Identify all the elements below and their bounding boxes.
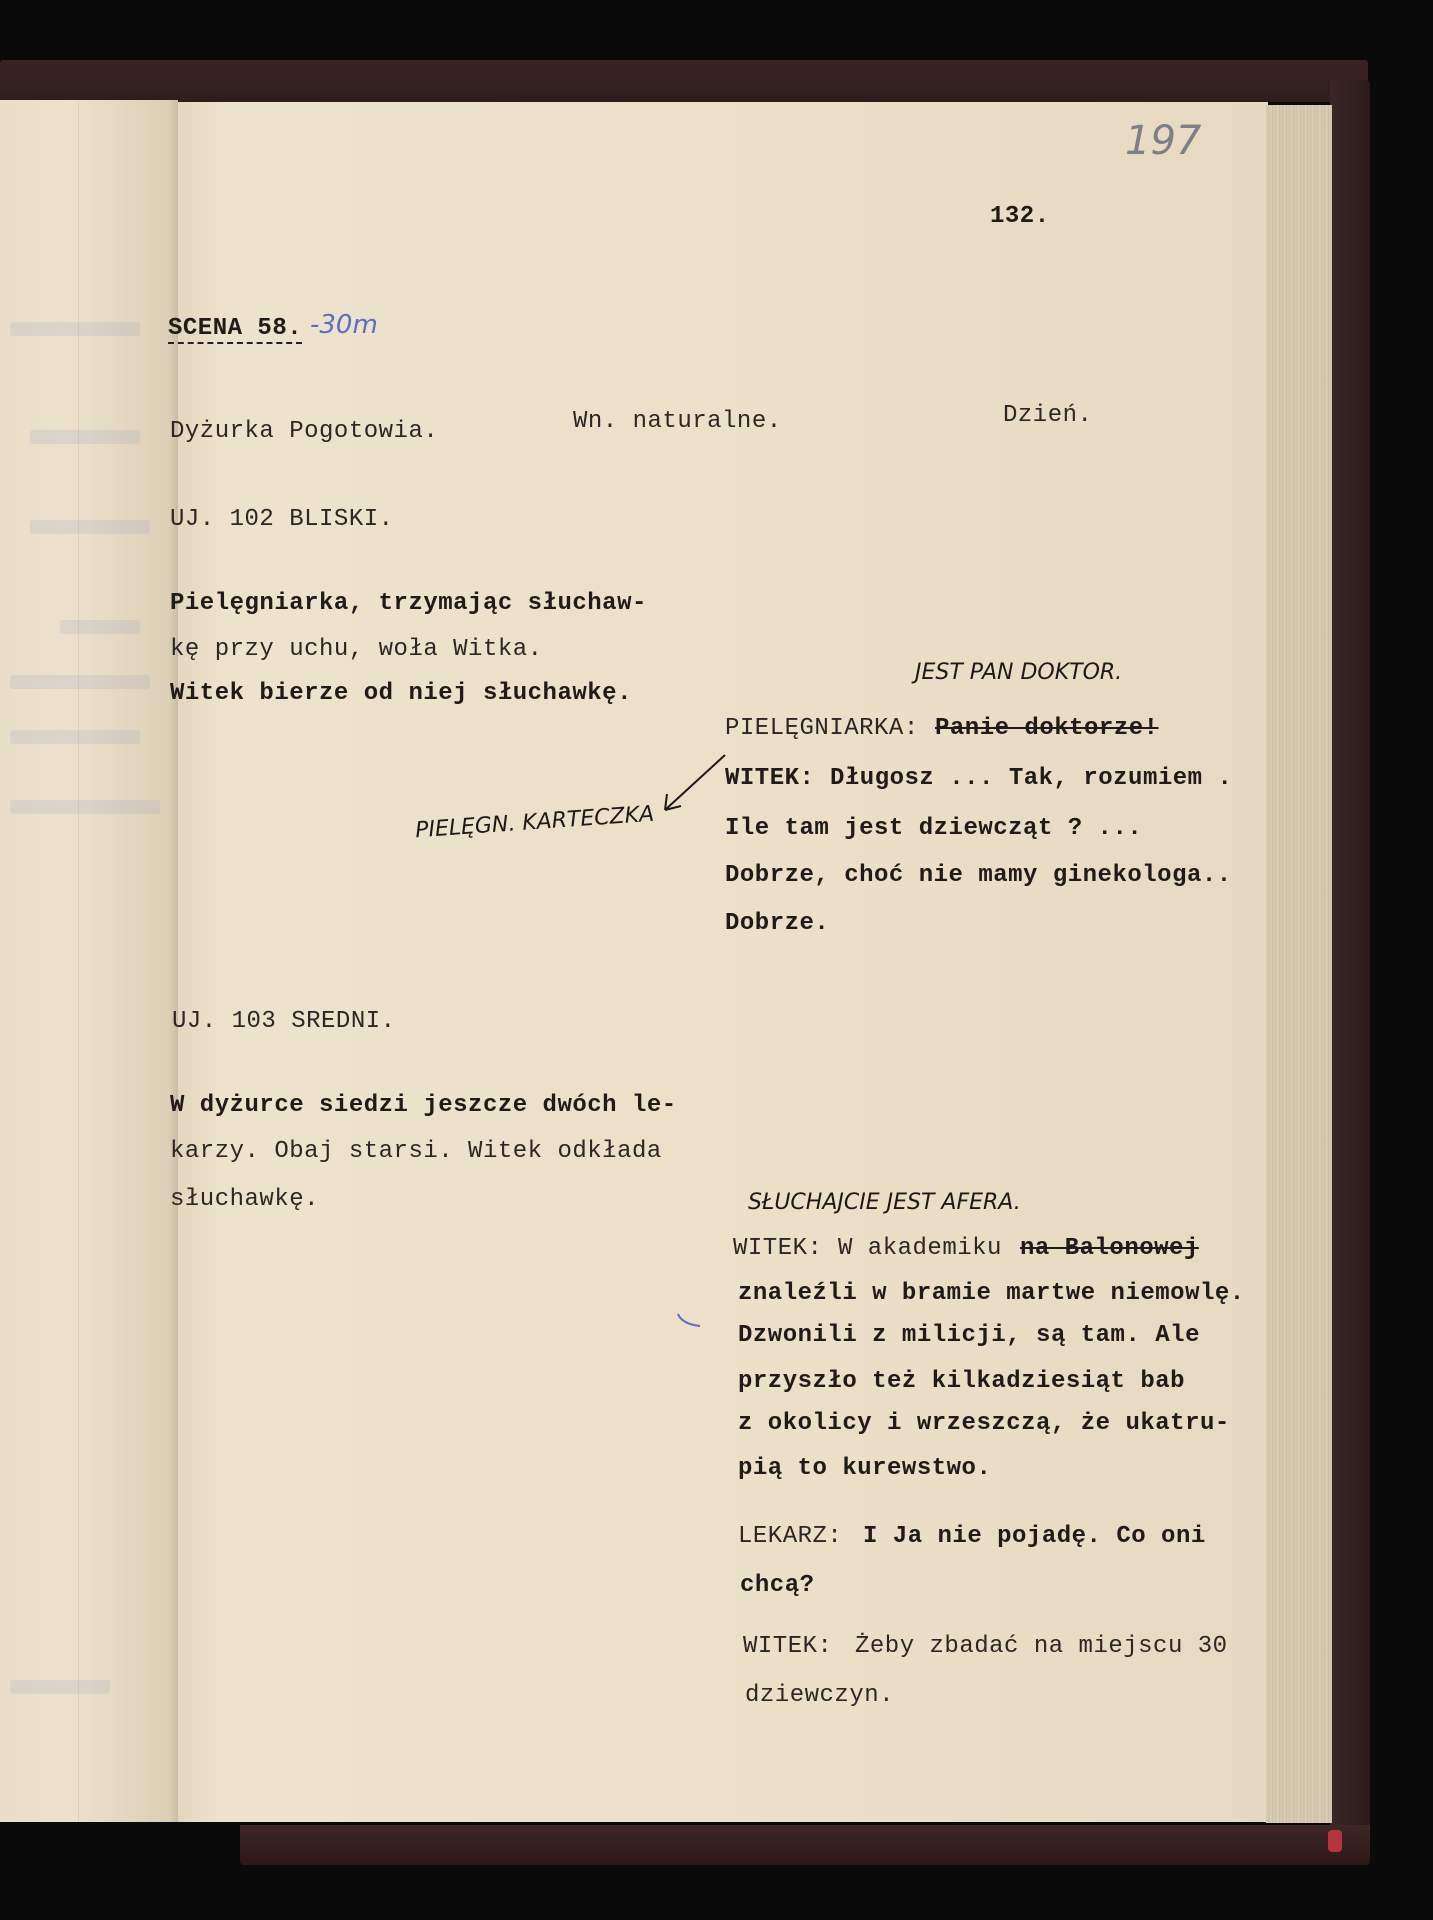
dialogue-line: W akademiku <box>838 1235 1002 1262</box>
struck-dialogue: na Balonowej <box>1020 1235 1199 1262</box>
dialogue-speaker: PIELĘGNIARKA: <box>725 715 919 742</box>
book-cover-bottom <box>240 1825 1370 1865</box>
show-through-text <box>10 322 140 336</box>
show-through-text <box>10 730 140 744</box>
handwritten-insert: SŁUCHAJCIE JEST AFERA. <box>748 1190 1021 1215</box>
book-cover-top <box>0 60 1368 102</box>
show-through-text <box>30 430 140 444</box>
scene-location: Dyżurka Pogotowia. <box>170 418 438 445</box>
dialogue-line: I Ja nie pojadę. Co oni <box>863 1523 1206 1550</box>
dialogue-speaker: WITEK: <box>743 1633 832 1660</box>
action-line: Witek bierze od niej słuchawkę. <box>170 680 632 707</box>
scene-setting: Wn. naturalne. <box>573 408 782 435</box>
dialogue-speaker: WITEK: <box>733 1235 822 1262</box>
dialogue-line: Dobrze, choć nie mamy ginekologa.. <box>725 862 1232 889</box>
dialogue-speaker: WITEK: <box>725 765 814 792</box>
dialogue-line: dziewczyn. <box>745 1682 894 1709</box>
dialogue-line: pią to kurewstwo. <box>738 1455 991 1482</box>
dialogue-line: Długosz ... Tak, rozumiem . <box>830 765 1232 792</box>
arrow-icon <box>655 750 735 820</box>
dialogue-line: przyszło też kilkadziesiąt bab <box>738 1368 1185 1395</box>
action-line: W dyżurce siedzi jeszcze dwóch le- <box>170 1092 677 1119</box>
scene-heading: SCENA 58. <box>168 315 302 344</box>
show-through-text <box>60 620 140 634</box>
show-through-text <box>30 520 150 534</box>
handwritten-insert: JEST PAN DOKTOR. <box>915 660 1122 685</box>
book-cover-right <box>1330 80 1370 1840</box>
left-page-fold <box>78 100 79 1822</box>
show-through-text <box>10 1680 110 1694</box>
dialogue-line: Dzwonili z milicji, są tam. Ale <box>738 1322 1200 1349</box>
dialogue-line: Dobrze. <box>725 910 829 937</box>
scene-duration-note: -30m <box>310 310 378 340</box>
left-page <box>0 100 178 1822</box>
action-line: słuchawkę. <box>170 1186 319 1213</box>
action-line: karzy. Obaj starsi. Witek odkłada <box>170 1138 662 1165</box>
page-number: 132. <box>990 203 1050 230</box>
shot-heading: UJ. 102 BLISKI. <box>170 506 394 533</box>
right-page <box>178 102 1268 1822</box>
action-line: Pielęgniarka, trzymając słuchaw- <box>170 590 647 617</box>
show-through-text <box>10 800 160 814</box>
dialogue-line: chcą? <box>740 1572 815 1599</box>
margin-tick-icon <box>676 1310 706 1330</box>
action-line: kę przy uchu, woła Witka. <box>170 636 543 663</box>
dialogue-speaker: LEKARZ: <box>738 1523 842 1550</box>
scene-time: Dzień. <box>1003 402 1092 429</box>
page-stack-edges <box>1266 105 1332 1823</box>
dialogue-line: Żeby zbadać na miejscu 30 <box>855 1633 1228 1660</box>
struck-dialogue: Panie doktorze! <box>935 715 1159 742</box>
dialogue-line: z okolicy i wrzeszczą, że ukatru- <box>738 1410 1230 1437</box>
dialogue-line: Ile tam jest dziewcząt ? ... <box>725 815 1142 842</box>
dialogue-line: znaleźli w bramie martwe niemowlę. <box>738 1280 1245 1307</box>
show-through-text <box>10 675 150 689</box>
archive-number: 197 <box>1125 118 1201 164</box>
shot-heading: UJ. 103 SREDNI. <box>172 1008 396 1035</box>
cover-corner-mark <box>1328 1830 1342 1852</box>
